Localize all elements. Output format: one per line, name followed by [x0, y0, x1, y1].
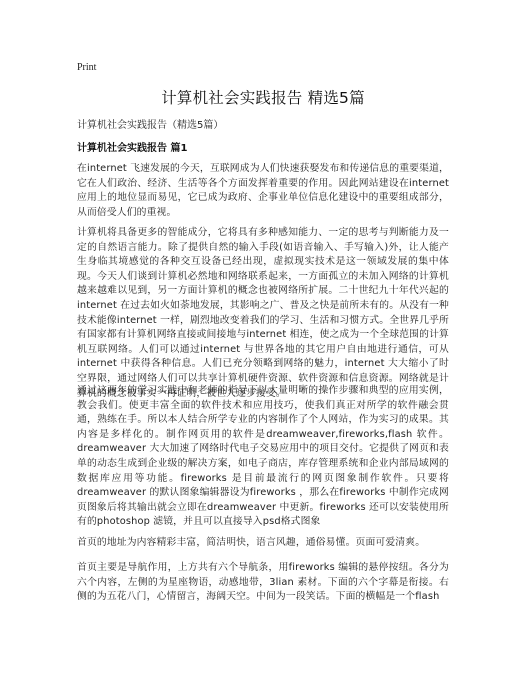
paragraph-1: 在internet 飞速发展的今天，互联网成为人们快速获娶发布和传递信息的重要渠… [77, 162, 449, 220]
paragraph-3: 通过这两年的学习实践中和老师的指导下以大量明晰的操作步骤和典型的应用实例，教会我… [77, 384, 449, 530]
document-subtitle: 计算机社会实践报告（精选5篇） [77, 116, 223, 131]
section-heading: 计算机社会实践报告 篇1 [77, 139, 187, 154]
document-title: 计算机社会实践报告 精选5篇 [77, 86, 449, 108]
paragraph-2: 计算机将具备更多的智能成分，它将具有多种感知能力、一定的思考与判断能力及一定的自… [77, 226, 449, 401]
paragraph-4: 首页的地址为内容精彩丰富，简洁明快，语言风趣，通俗易懂。页面可爱清爽。 [77, 536, 449, 551]
paragraph-5: 首页主要是导航作用，上方共有六个导航条，用fireworks 编辑的悬停按纽。各… [77, 561, 449, 605]
print-label[interactable]: Print [77, 62, 96, 73]
